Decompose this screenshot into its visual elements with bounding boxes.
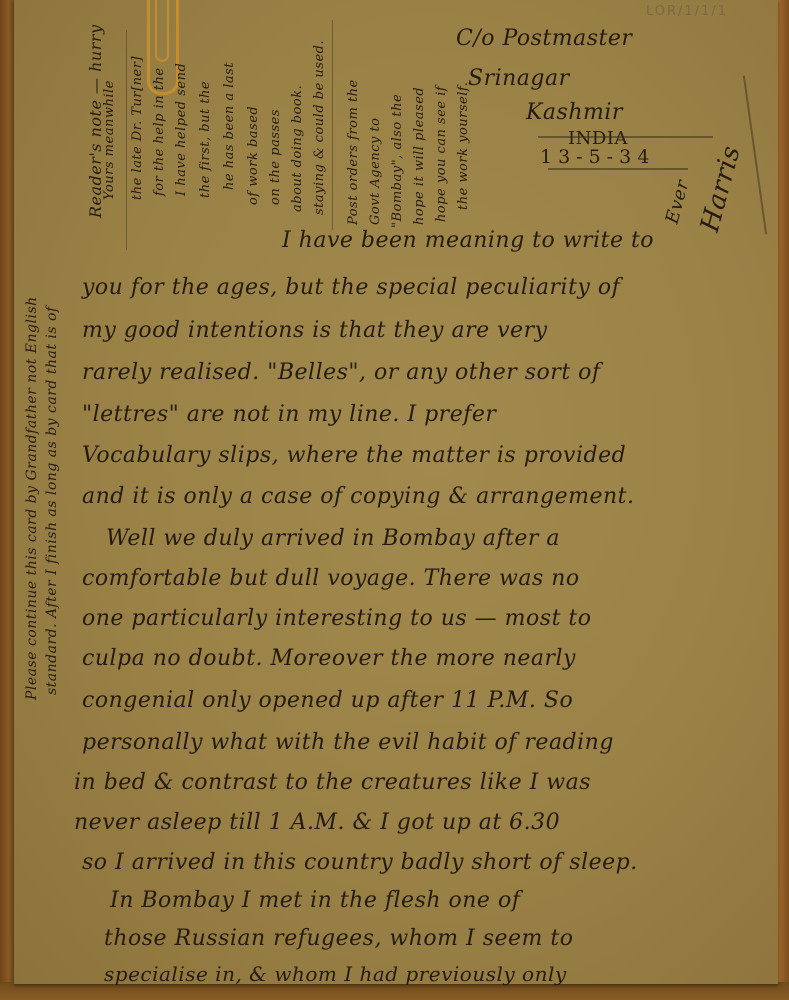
top-column-note: of work based — [246, 106, 261, 205]
body-line: and it is only a case of copying & arran… — [82, 484, 635, 509]
body-line: you for the ages, but the special peculi… — [82, 275, 620, 300]
body-line: I have been meaning to write to — [282, 228, 654, 253]
top-column-note: "Bombay", also the — [390, 94, 405, 228]
column-rule-2 — [332, 20, 333, 230]
body-line: one particularly interesting to us — mos… — [82, 606, 592, 631]
body-line: comfortable but dull voyage. There was n… — [82, 566, 580, 591]
top-column-note: the first, but the — [198, 81, 213, 198]
address-line-1: C/o Postmaster — [456, 26, 632, 51]
margin-note-left-inner: standard. After I finish as long as by c… — [44, 306, 60, 695]
body-line: never asleep till 1 A.M. & I got up at 6… — [74, 810, 560, 835]
top-column-note: on the passes — [268, 109, 283, 205]
address-line-3: Kashmir — [526, 100, 623, 125]
body-line: "lettres" are not in my line. I prefer — [82, 402, 496, 427]
top-column-note: the work yourself. — [456, 82, 471, 210]
body-line: Vocabulary slips, where the matter is pr… — [82, 443, 626, 468]
catalog-mark: LOR/1/1/1 — [646, 4, 728, 19]
body-line: my good intentions is that they are very — [82, 318, 548, 343]
body-line: in bed & contrast to the creatures like … — [74, 770, 591, 795]
body-line: those Russian refugees, whom I seem to — [104, 926, 573, 951]
body-line: so I arrived in this country badly short… — [82, 850, 638, 875]
letter-date: 13-5-34 — [540, 146, 655, 168]
wood-desk-left-edge — [0, 0, 14, 1000]
top-column-note: about doing book. — [290, 85, 305, 212]
body-line: Well we duly arrived in Bombay after a — [106, 526, 560, 551]
top-column-note: Yours meanwhile — [102, 80, 117, 200]
body-line: rarely realised. "Belles", or any other … — [82, 360, 601, 385]
column-rule-1 — [126, 30, 127, 250]
top-column-note: hope it will pleased — [412, 87, 427, 225]
signoff-block: Ever Harris — [672, 110, 789, 220]
letter-sheet: LOR/1/1/1 C/o Postmaster Srinagar Kashmi… — [14, 0, 778, 984]
date-underline — [548, 168, 688, 170]
top-column-note: hope you can see if — [434, 86, 449, 222]
signoff-ever: Ever — [662, 178, 694, 226]
body-line: culpa no doubt. Moreover the more nearly — [82, 646, 576, 671]
body-line: specialise in, & whom I had previously o… — [104, 962, 567, 986]
address-line-2: Srinagar — [468, 66, 570, 91]
signature-name: Harris — [695, 143, 747, 235]
top-column-note: Post orders from the — [346, 79, 361, 225]
body-line: In Bombay I met in the flesh one of — [110, 888, 520, 913]
body-line: personally what with the evil habit of r… — [82, 730, 614, 755]
body-line: congenial only opened up after 11 P.M. S… — [82, 688, 573, 713]
top-column-note: for the help in the — [152, 67, 167, 196]
top-column-note: staying & could be used. — [312, 40, 327, 215]
top-column-note: the late Dr. Tur[ner] — [130, 56, 145, 200]
top-column-note: Govt Agency to — [368, 118, 383, 226]
margin-note-left-outer: Please continue this card by Grandfather… — [24, 296, 40, 700]
top-column-note: he has been a last — [222, 62, 237, 190]
top-column-note: I have helped send — [174, 63, 189, 196]
